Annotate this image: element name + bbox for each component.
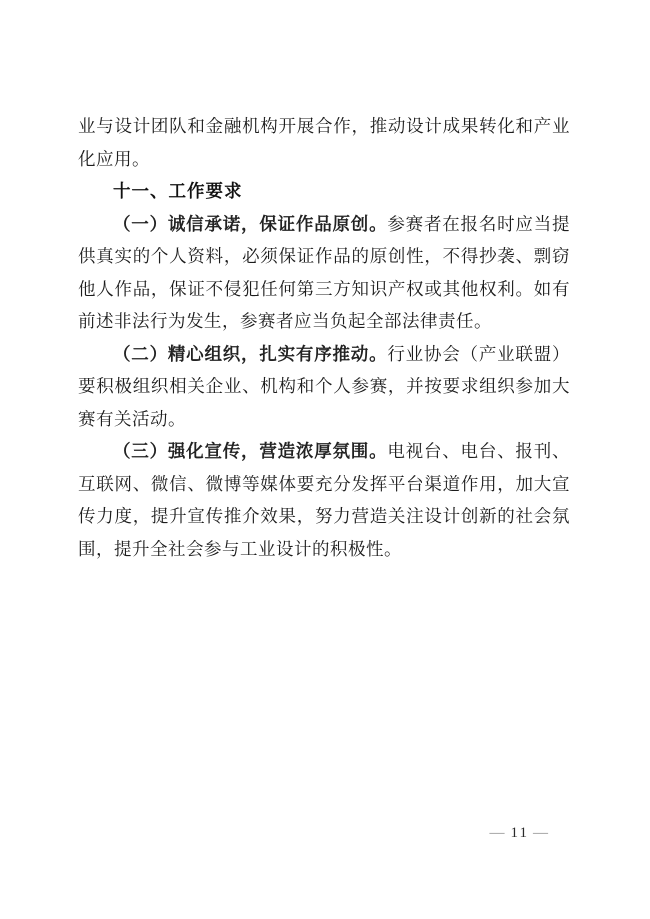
paragraph-lead: （二）精心组织，扎实有序推动。 — [113, 344, 387, 364]
page-number-value: 11 — [507, 825, 533, 841]
page-number-right-dash: — — [533, 825, 550, 841]
paragraph-item-1: （一）诚信承诺，保证作品原创。参赛者在报名时应当提供真实的个人资料，必须保证作品… — [78, 208, 570, 338]
document-page: 业与设计团队和金融机构开展合作，推动设计成果转化和产业化应用。 十一、工作要求 … — [0, 0, 650, 919]
paragraph-item-3: （三）强化宣传，营造浓厚氛围。电视台、电台、报刊、互联网、微信、微博等媒体要充分… — [78, 435, 570, 565]
document-content: 业与设计团队和金融机构开展合作，推动设计成果转化和产业化应用。 十一、工作要求 … — [78, 110, 570, 565]
page-number-left-dash: — — [490, 825, 507, 841]
paragraph-lead: （一）诚信承诺，保证作品原创。 — [113, 214, 387, 234]
section-heading: 十一、工作要求 — [78, 175, 570, 208]
paragraph-continuation: 业与设计团队和金融机构开展合作，推动设计成果转化和产业化应用。 — [78, 110, 570, 175]
page-number: —11— — [490, 823, 550, 843]
paragraph-item-2: （二）精心组织，扎实有序推动。行业协会（产业联盟）要积极组织相关企业、机构和个人… — [78, 338, 570, 436]
paragraph-lead: （三）强化宣传，营造浓厚氛围。 — [113, 441, 387, 461]
